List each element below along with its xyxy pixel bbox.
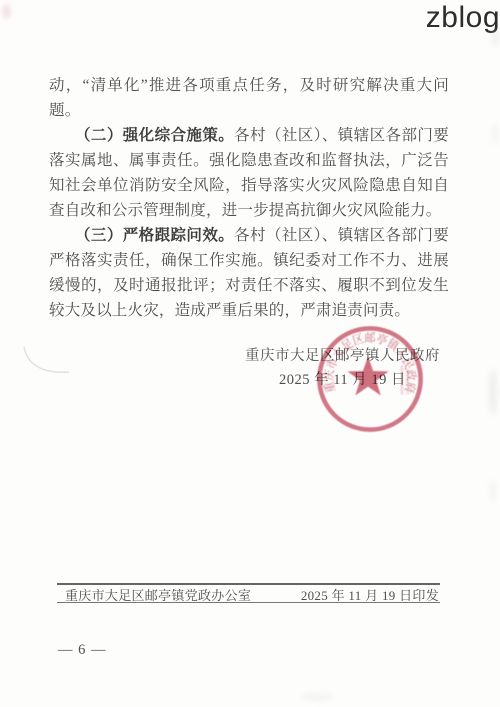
- page-number: — 6 —: [58, 642, 107, 659]
- footer-rule-bottom: [57, 602, 440, 603]
- document-body: 动，“清单化”推进各项重点任务，及时研究解决重大问题。 （二）强化综合施策。各村…: [49, 73, 449, 323]
- scan-curl-artifact: [22, 344, 72, 378]
- seal-serial-mark: [400, 365, 403, 394]
- scan-smudge: [490, 480, 496, 502]
- official-seal: 重庆市大足区邮亭镇人民政府: [312, 321, 428, 437]
- seal-serial-mark: [406, 369, 409, 395]
- scan-smudge: [300, 693, 334, 701]
- paragraph-section-3: （三）严格跟踪问效。各村（社区）、镇辖区各部门要严格落实责任，确保工作实施。镇纪…: [49, 223, 449, 323]
- seal-star-icon: [347, 356, 388, 395]
- paragraph-lead: （二）强化综合施策。: [75, 127, 234, 144]
- scan-smudge-pink: [2, 4, 11, 19]
- paragraph-continued: 动，“清单化”推进各项重点任务，及时研究解决重大问题。: [49, 73, 449, 123]
- paragraph-section-2: （二）强化综合施策。各村（社区）、镇辖区各部门要落实属地、属事责任。强化隐患查改…: [49, 123, 449, 223]
- scanned-document-page: { "page": { "watermark": "zblog", "page_…: [0, 0, 500, 707]
- scan-smudge: [492, 30, 499, 46]
- scan-smudge: [489, 368, 497, 416]
- scan-smudge: [492, 124, 498, 144]
- zblog-logo: zblog: [426, 2, 500, 34]
- paragraph-lead: （三）严格跟踪问效。: [75, 227, 234, 244]
- paragraph-text: 动，“清单化”推进各项重点任务，及时研究解决重大问题。: [49, 77, 449, 119]
